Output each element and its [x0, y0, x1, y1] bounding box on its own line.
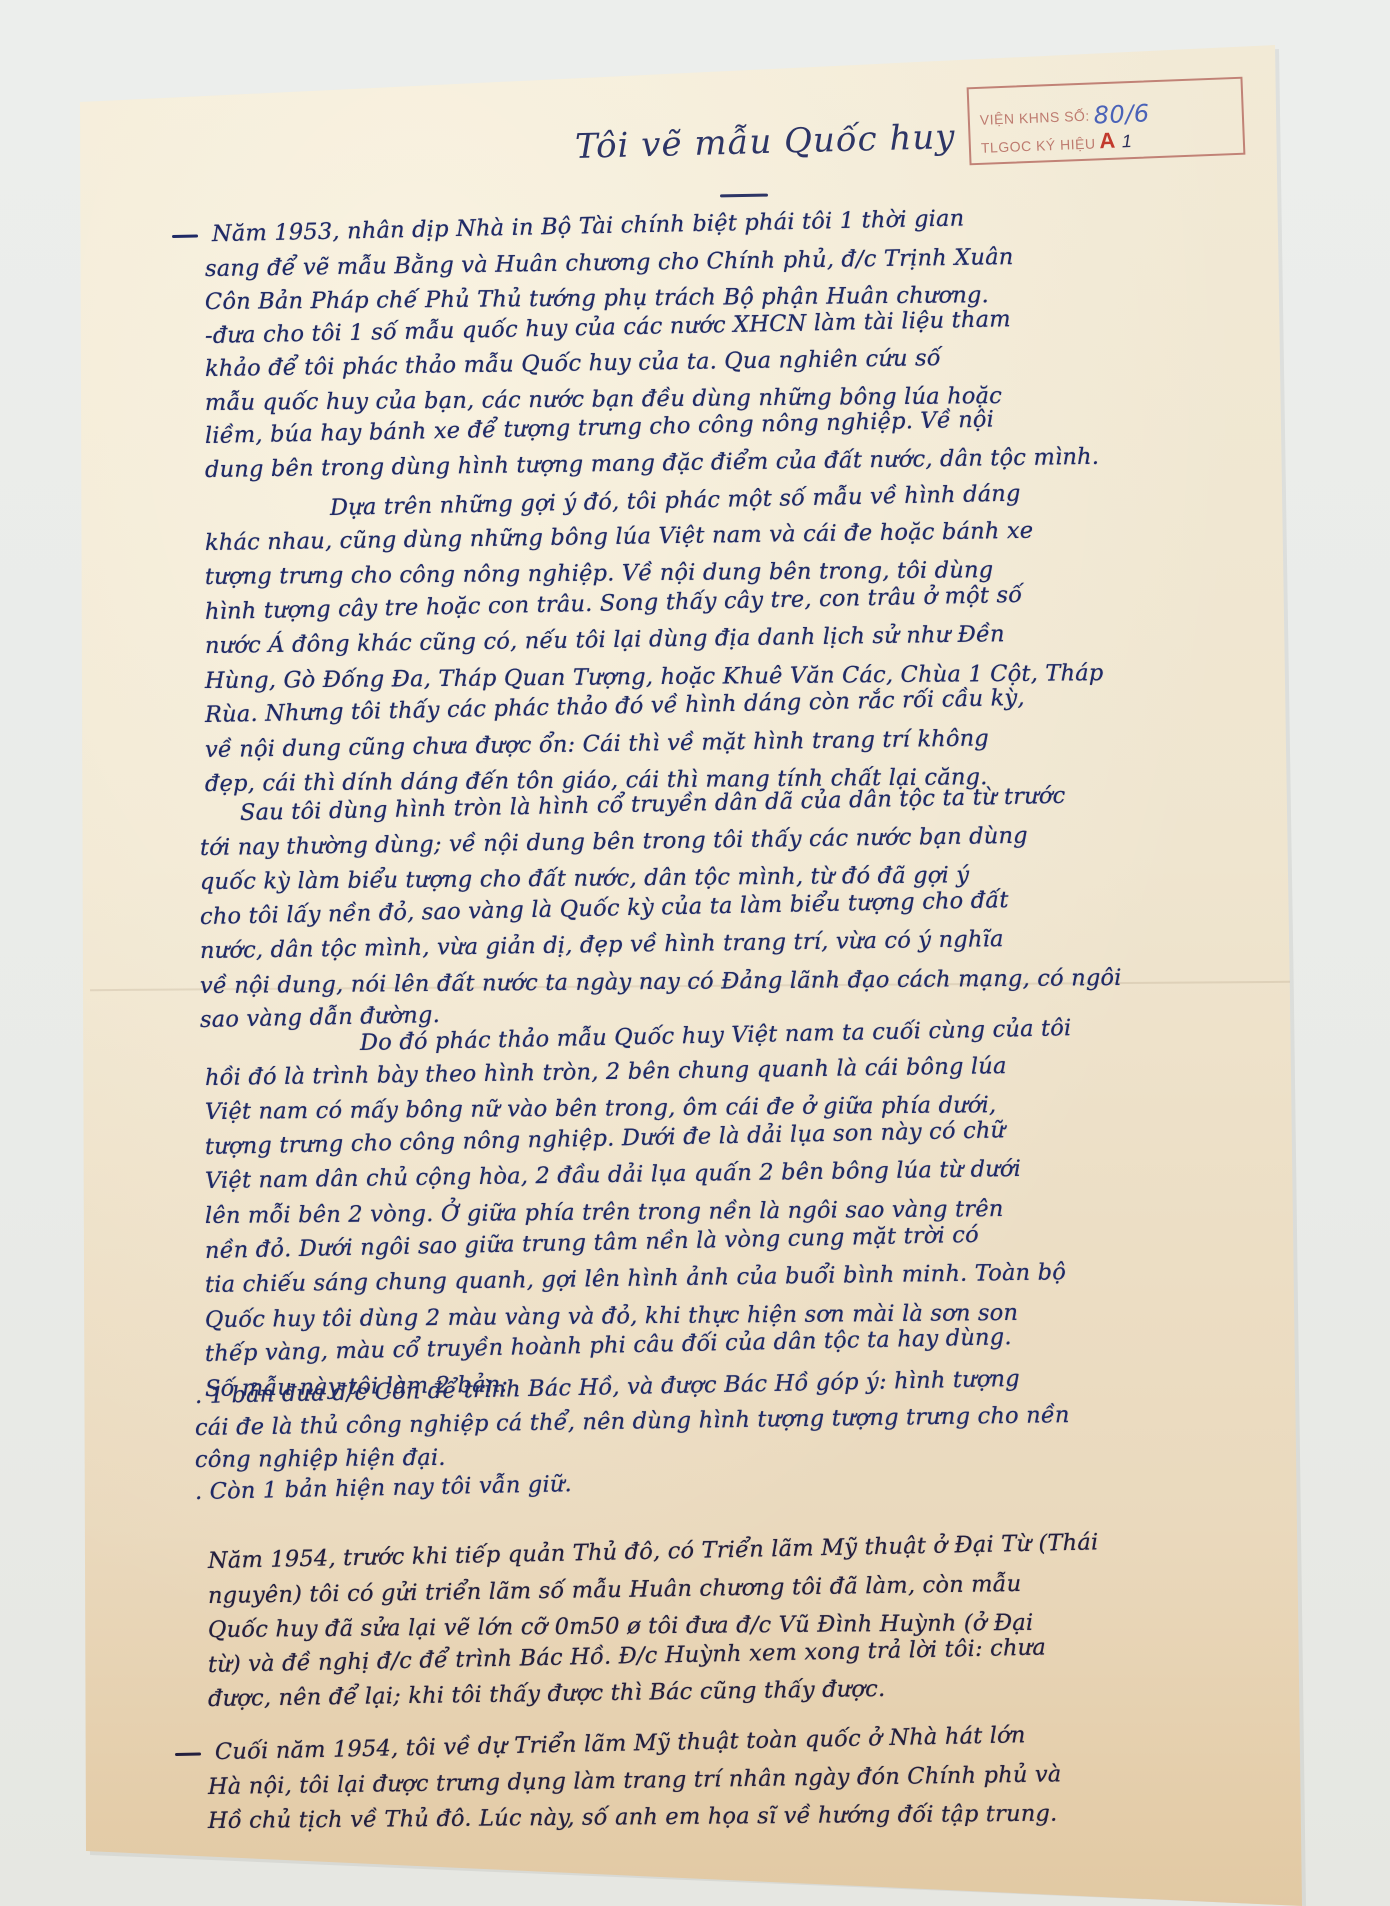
stamp-row-code: TLGOC KÝ HIỆUA1	[980, 127, 1132, 159]
stamp-label-code: TLGOC KÝ HIỆU	[981, 135, 1096, 155]
stamp-code-sub: 1	[1121, 131, 1132, 151]
stamp-code-letter: A	[1099, 128, 1116, 154]
dash-bullet-icon	[172, 234, 198, 238]
stamp-label-number: VIỆN KHNS SỐ:	[980, 108, 1091, 128]
stamp-handwritten-number: 80/6	[1093, 99, 1150, 129]
archive-stamp: VIỆN KHNS SỐ:80/6 TLGOC KÝ HIỆUA1	[967, 77, 1246, 166]
handwritten-line-text: công nghiệp hiện đại.	[195, 1445, 446, 1473]
handwritten-line: công nghiệp hiện đại.	[195, 1445, 446, 1473]
stamp-row-number: VIỆN KHNS SỐ:80/6	[979, 96, 1150, 131]
dash-bullet-icon	[175, 1752, 201, 1756]
